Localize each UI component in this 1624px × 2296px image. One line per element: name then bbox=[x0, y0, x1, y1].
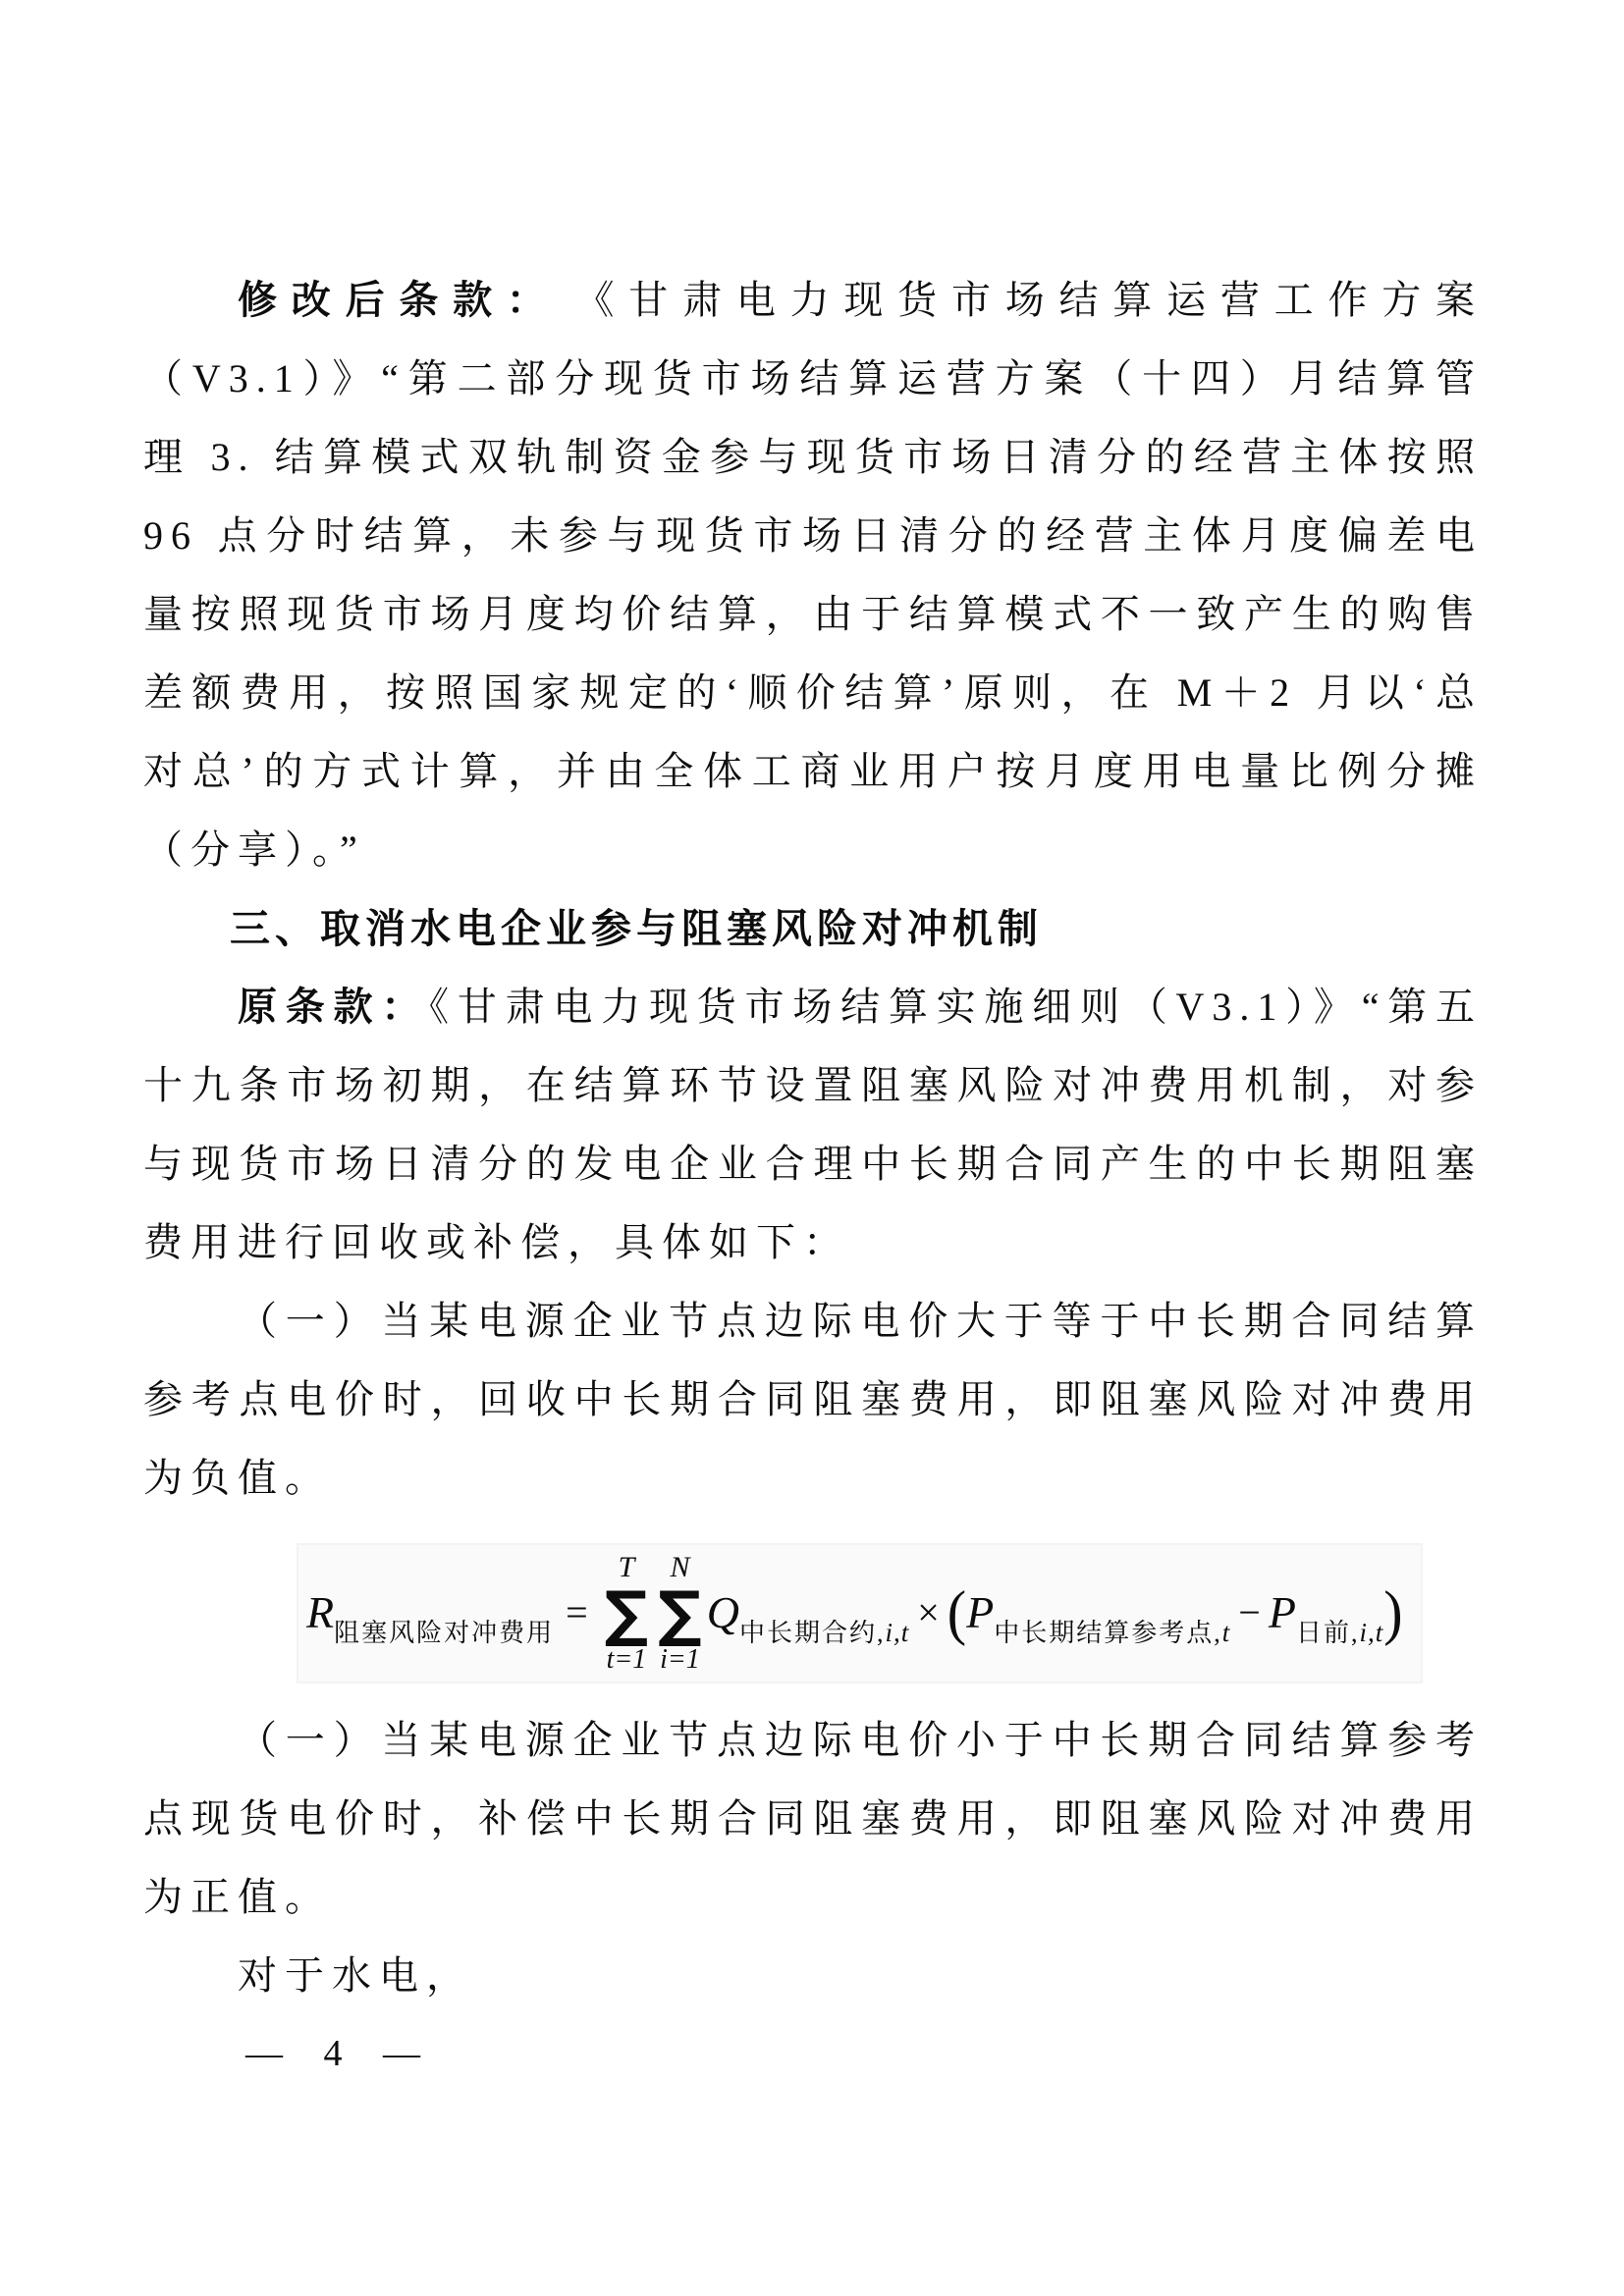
reference-price-base: P bbox=[966, 1590, 994, 1635]
page-number: — 4 — bbox=[245, 2032, 436, 2075]
equals-sign: = bbox=[566, 1593, 588, 1632]
document-body: 修改后条款： 《甘肃电力现货市场结算运营工作方案（V3.1）》“第二部分现货市场… bbox=[143, 261, 1483, 2015]
reference-price-subscript-index: t bbox=[1222, 1620, 1231, 1646]
sigma-icon: ∑ bbox=[658, 1587, 702, 1641]
right-paren: ) bbox=[1383, 1582, 1402, 1644]
paragraph-original-clause: 原条款：《甘肃电力现货市场结算实施细则（V3.1）》“第五十九条市场初期，在结算… bbox=[143, 968, 1483, 1282]
quantity-subscript-indices: i,t bbox=[885, 1620, 909, 1646]
paragraph-hydro-note: 对于水电， bbox=[143, 1937, 1483, 2015]
sum-outer-lower-limit: t=1 bbox=[607, 1646, 647, 1674]
paragraph-modified-clause: 修改后条款： 《甘肃电力现货市场结算运营工作方案（V3.1）》“第二部分现货市场… bbox=[143, 261, 1483, 889]
formula-dayahead-price-term: P 日前, i,t bbox=[1269, 1590, 1383, 1635]
formula-sum-inner: N ∑ i=1 bbox=[658, 1553, 702, 1674]
formula-lhs: R 阻塞风险对冲费用 bbox=[306, 1590, 554, 1635]
original-clause-label: 原条款： bbox=[238, 985, 429, 1029]
formula-lhs-base: R bbox=[306, 1590, 334, 1635]
clause-item-negative: （一）当某电源企业节点边际电价大于等于中长期合同结算参考点电价时，回收中长期合同… bbox=[143, 1282, 1483, 1518]
minus-sign: − bbox=[1238, 1593, 1261, 1632]
left-paren: ( bbox=[947, 1582, 966, 1644]
congestion-risk-hedge-formula: R 阻塞风险对冲费用 = T ∑ t=1 N ∑ i=1 Q 中长期合约, i,… bbox=[298, 1545, 1421, 1682]
dayahead-price-subscript: 日前, bbox=[1296, 1621, 1360, 1646]
formula-quantity-term: Q 中长期合约, i,t bbox=[707, 1590, 910, 1635]
quantity-subscript: 中长期合约, bbox=[739, 1621, 886, 1646]
formula-sum-outer: T ∑ t=1 bbox=[605, 1553, 649, 1674]
section-heading: 三、取消水电企业参与阻塞风险对冲机制 bbox=[143, 889, 1483, 968]
formula-reference-price-term: P 中长期结算参考点, t bbox=[966, 1590, 1230, 1635]
quantity-base: Q bbox=[707, 1590, 739, 1635]
modified-clause-label: 修改后条款： bbox=[238, 278, 541, 322]
clause-item-positive: （一）当某电源企业节点边际电价小于中长期合同结算参考点现货电价时，补偿中长期合同… bbox=[143, 1701, 1483, 1937]
sum-inner-lower-limit: i=1 bbox=[660, 1646, 700, 1674]
formula-lhs-subscript: 阻塞风险对冲费用 bbox=[334, 1621, 554, 1646]
multiply-sign: × bbox=[917, 1593, 940, 1632]
document-page: 修改后条款： 《甘肃电力现货市场结算运营工作方案（V3.1）》“第二部分现货市场… bbox=[0, 0, 1624, 2296]
dayahead-price-subscript-indices: i,t bbox=[1359, 1620, 1383, 1646]
sigma-icon: ∑ bbox=[605, 1587, 649, 1641]
reference-price-subscript: 中长期结算参考点, bbox=[994, 1621, 1222, 1646]
modified-clause-text: 《甘肃电力现货市场结算运营工作方案（V3.1）》“第二部分现货市场结算运营方案（… bbox=[143, 278, 1483, 872]
dayahead-price-base: P bbox=[1269, 1590, 1296, 1635]
